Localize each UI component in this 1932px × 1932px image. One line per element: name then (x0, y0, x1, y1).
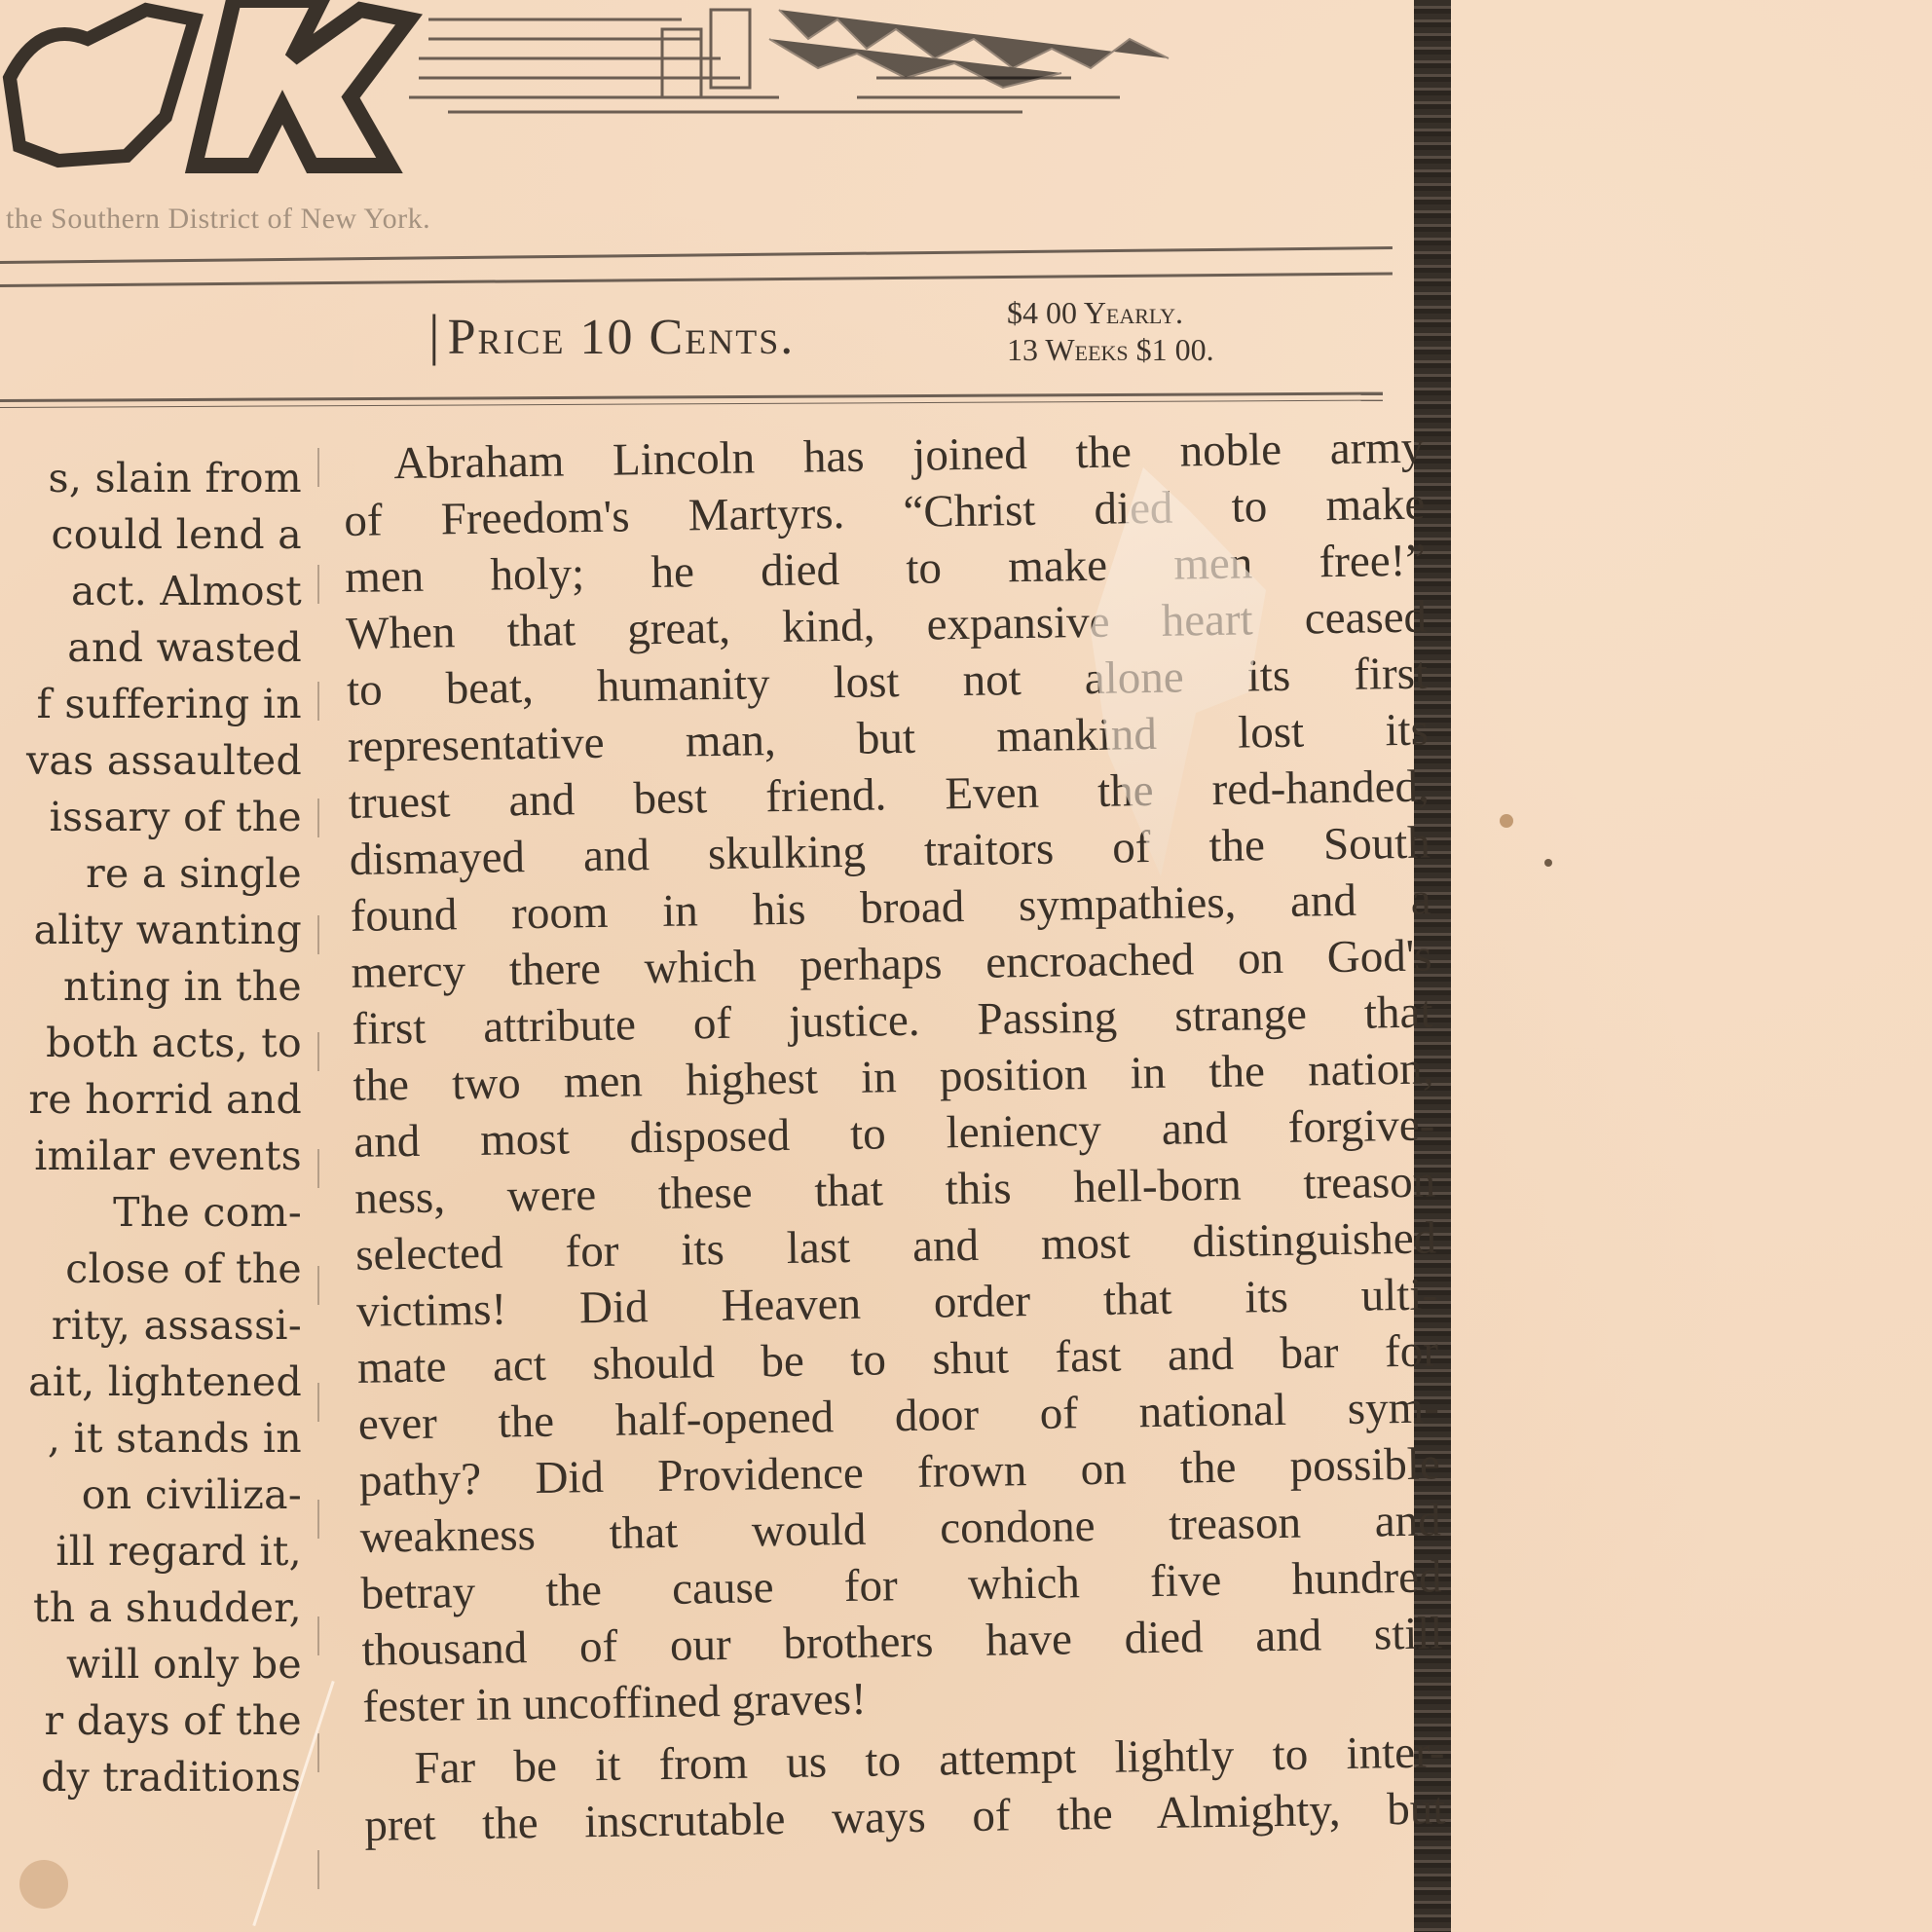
left-column-line: The com- (0, 1184, 302, 1241)
left-column-line: f suffering in (0, 676, 302, 732)
left-column-line: ait, lightened (0, 1354, 302, 1410)
price-label: |Price 10 Cents. (428, 302, 795, 367)
left-column-line: act. Almost (0, 563, 302, 619)
subscription-rates: $4 00 Yearly. 13 Weeks $1 00. (1007, 294, 1214, 368)
price-text: Price 10 Cents. (448, 310, 796, 365)
left-column-line: re horrid and (0, 1071, 302, 1128)
left-column-line: s, slain from (0, 450, 302, 506)
left-column-line: rity, assassi- (0, 1297, 302, 1354)
masthead-illustration (0, 0, 1402, 195)
left-column-line: and wasted (0, 619, 302, 676)
left-column-line: nting in the (0, 958, 302, 1015)
left-column-line: , it stands in (0, 1410, 302, 1467)
left-column-line: issary of the (0, 789, 302, 845)
left-column-line: ill regard it, (0, 1523, 302, 1579)
left-column-line: could lend a (0, 506, 302, 563)
paper-stain (19, 1860, 68, 1909)
left-column-line: close of the (0, 1241, 302, 1297)
left-column-line: r days of the (0, 1692, 302, 1749)
main-article: Abraham Lincoln has joined the noble arm… (343, 420, 1446, 1854)
copyright-line: the Southern District of New York. (6, 203, 430, 236)
paper-stain (1500, 814, 1513, 828)
left-column-line: th a shudder, (0, 1579, 302, 1636)
subscription-weeks: 13 Weeks $1 00. (1007, 331, 1214, 368)
left-column-line: vas assaulted (0, 732, 302, 789)
price-bracket: | (428, 303, 442, 366)
left-column-line: imilar events (0, 1128, 302, 1184)
paper-stain (1544, 859, 1552, 867)
subscription-yearly: $4 00 Yearly. (1007, 294, 1214, 331)
left-column: s, slain from could lend a act. Almost a… (0, 450, 302, 1805)
left-column-line: dy traditions (0, 1749, 302, 1805)
left-column-line: re a single (0, 845, 302, 902)
left-column-line: on civiliza- (0, 1467, 302, 1523)
left-column-line: will only be (0, 1636, 302, 1692)
left-column-line: ality wanting (0, 902, 302, 958)
column-divider (317, 448, 319, 1909)
left-column-line: both acts, to (0, 1015, 302, 1071)
